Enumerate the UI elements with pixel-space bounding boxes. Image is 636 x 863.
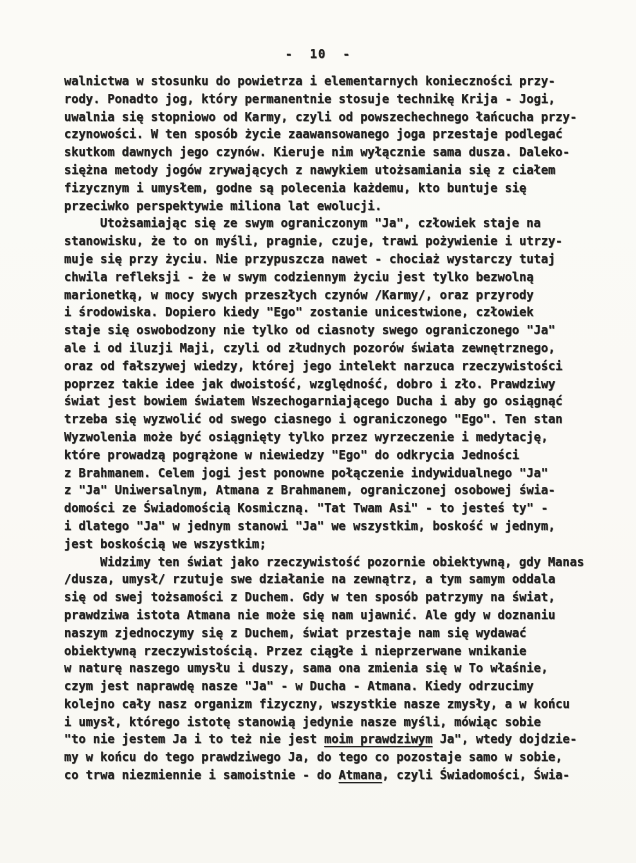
- text-segment: co trwa niezmiennie i samoistnie - do: [64, 768, 339, 782]
- paragraph: Widzimy ten świat jako rzeczywistość poz…: [64, 554, 586, 785]
- text-line: oraz od fałszywej wiedzy, której jego in…: [64, 358, 586, 376]
- text-line: się od swej tożsamości z Duchem. Gdy w t…: [64, 589, 586, 607]
- text-line: "to nie jestem Ja i to też nie jest moim…: [64, 731, 586, 749]
- paragraph: walnictwa w stosunku do powietrza i elem…: [64, 73, 586, 215]
- text-line: które prowadzą pogrążone w niewiedzy "Eg…: [64, 447, 586, 465]
- text-line: rody. Ponadto jog, który permanentnie st…: [64, 91, 586, 109]
- text-line: trzeba się wyzwolić od swego ciasnego i …: [64, 411, 586, 429]
- text-line: czym jest naprawdę nasze "Ja" - w Ducha …: [64, 678, 586, 696]
- underlined-text: Atmana: [339, 768, 382, 782]
- text-segment: , czyli Świadomości, Świa-: [382, 768, 570, 782]
- text-line: skutkom dawnych jego czynów. Kieruje nim…: [64, 144, 586, 162]
- text-line: Widzimy ten świat jako rzeczywistość poz…: [64, 554, 586, 572]
- text-line: prawdziwa istota Atmana nie może się nam…: [64, 607, 586, 625]
- text-line: Utożsamiając się ze swym ograniczonym "J…: [64, 215, 586, 233]
- text-line: obiektywną rzeczywistością. Przez ciągłe…: [64, 643, 586, 661]
- text-line: przeciwko perspektywie miliona lat ewolu…: [64, 198, 586, 216]
- text-line: kolejno cały nasz organizm fizyczny, wsz…: [64, 696, 586, 714]
- text-line: czynowości. W ten sposób życie zaawansow…: [64, 126, 586, 144]
- text-line: co trwa niezmiennie i samoistnie - do At…: [64, 767, 586, 785]
- text-line: z Brahmanem. Celem jogi jest ponowne poł…: [64, 465, 586, 483]
- text-line: /dusza, umysł/ rzutuje swe działanie na …: [64, 571, 586, 589]
- text-line: muje się przy życiu. Nie przypuszcza naw…: [64, 251, 586, 269]
- text-line: chwila refleksji - że w swym codziennym …: [64, 269, 586, 287]
- underlined-text: moim prawdziwym: [324, 732, 432, 746]
- document-body: walnictwa w stosunku do powietrza i elem…: [64, 73, 586, 785]
- text-line: Wyzwolenia może być osiągnięty tylko prz…: [64, 429, 586, 447]
- text-line: marionetką, w mocy swych przeszłych czyn…: [64, 287, 586, 305]
- text-line: ale i od iluzji Maji, czyli od złudnych …: [64, 340, 586, 358]
- text-line: siężna metody jogów zrywających z nawyki…: [64, 162, 586, 180]
- text-line: naszym zjednoczymy się z Duchem, świat p…: [64, 625, 586, 643]
- text-segment: "to nie jestem Ja i to też nie jest: [64, 732, 324, 746]
- text-line: walnictwa w stosunku do powietrza i elem…: [64, 73, 586, 91]
- scanned-page: - 10 - walnictwa w stosunku do powietrza…: [0, 0, 636, 863]
- text-line: i umysł, którego istotę stanowią jedynie…: [64, 714, 586, 732]
- text-line: świat jest bowiem światem Wszechogarniaj…: [64, 393, 586, 411]
- text-line: jest boskością we wszystkim;: [64, 536, 586, 554]
- text-line: fizycznym i umysłem, godne są polecenia …: [64, 180, 586, 198]
- text-line: domości ze Świadomością Kosmiczną. "Tat …: [64, 500, 586, 518]
- text-line: stanowisku, że to on myśli, pragnie, czu…: [64, 233, 586, 251]
- paragraph: Utożsamiając się ze swym ograniczonym "J…: [64, 215, 586, 553]
- text-line: my w końcu do tego prawdziwego Ja, do te…: [64, 749, 586, 767]
- text-line: poprzez takie idee jak dwoistość, względ…: [64, 376, 586, 394]
- text-line: z "Ja" Uniwersalnym, Atmana z Brahmanem,…: [64, 482, 586, 500]
- text-segment: Ja", wtedy dojdzie-: [432, 732, 577, 746]
- text-line: i dlatego "Ja" w jednym stanowi "Ja" we …: [64, 518, 586, 536]
- text-line: i środowiska. Dopiero kiedy "Ego" zostan…: [64, 304, 586, 322]
- text-line: staje się oswobodzony nie tylko od ciasn…: [64, 322, 586, 340]
- text-line: uwalnia się stopniowo od Karmy, czyli od…: [64, 109, 586, 127]
- text-line: w naturę naszego umysłu i duszy, sama on…: [64, 660, 586, 678]
- page-number: - 10 -: [0, 47, 636, 61]
